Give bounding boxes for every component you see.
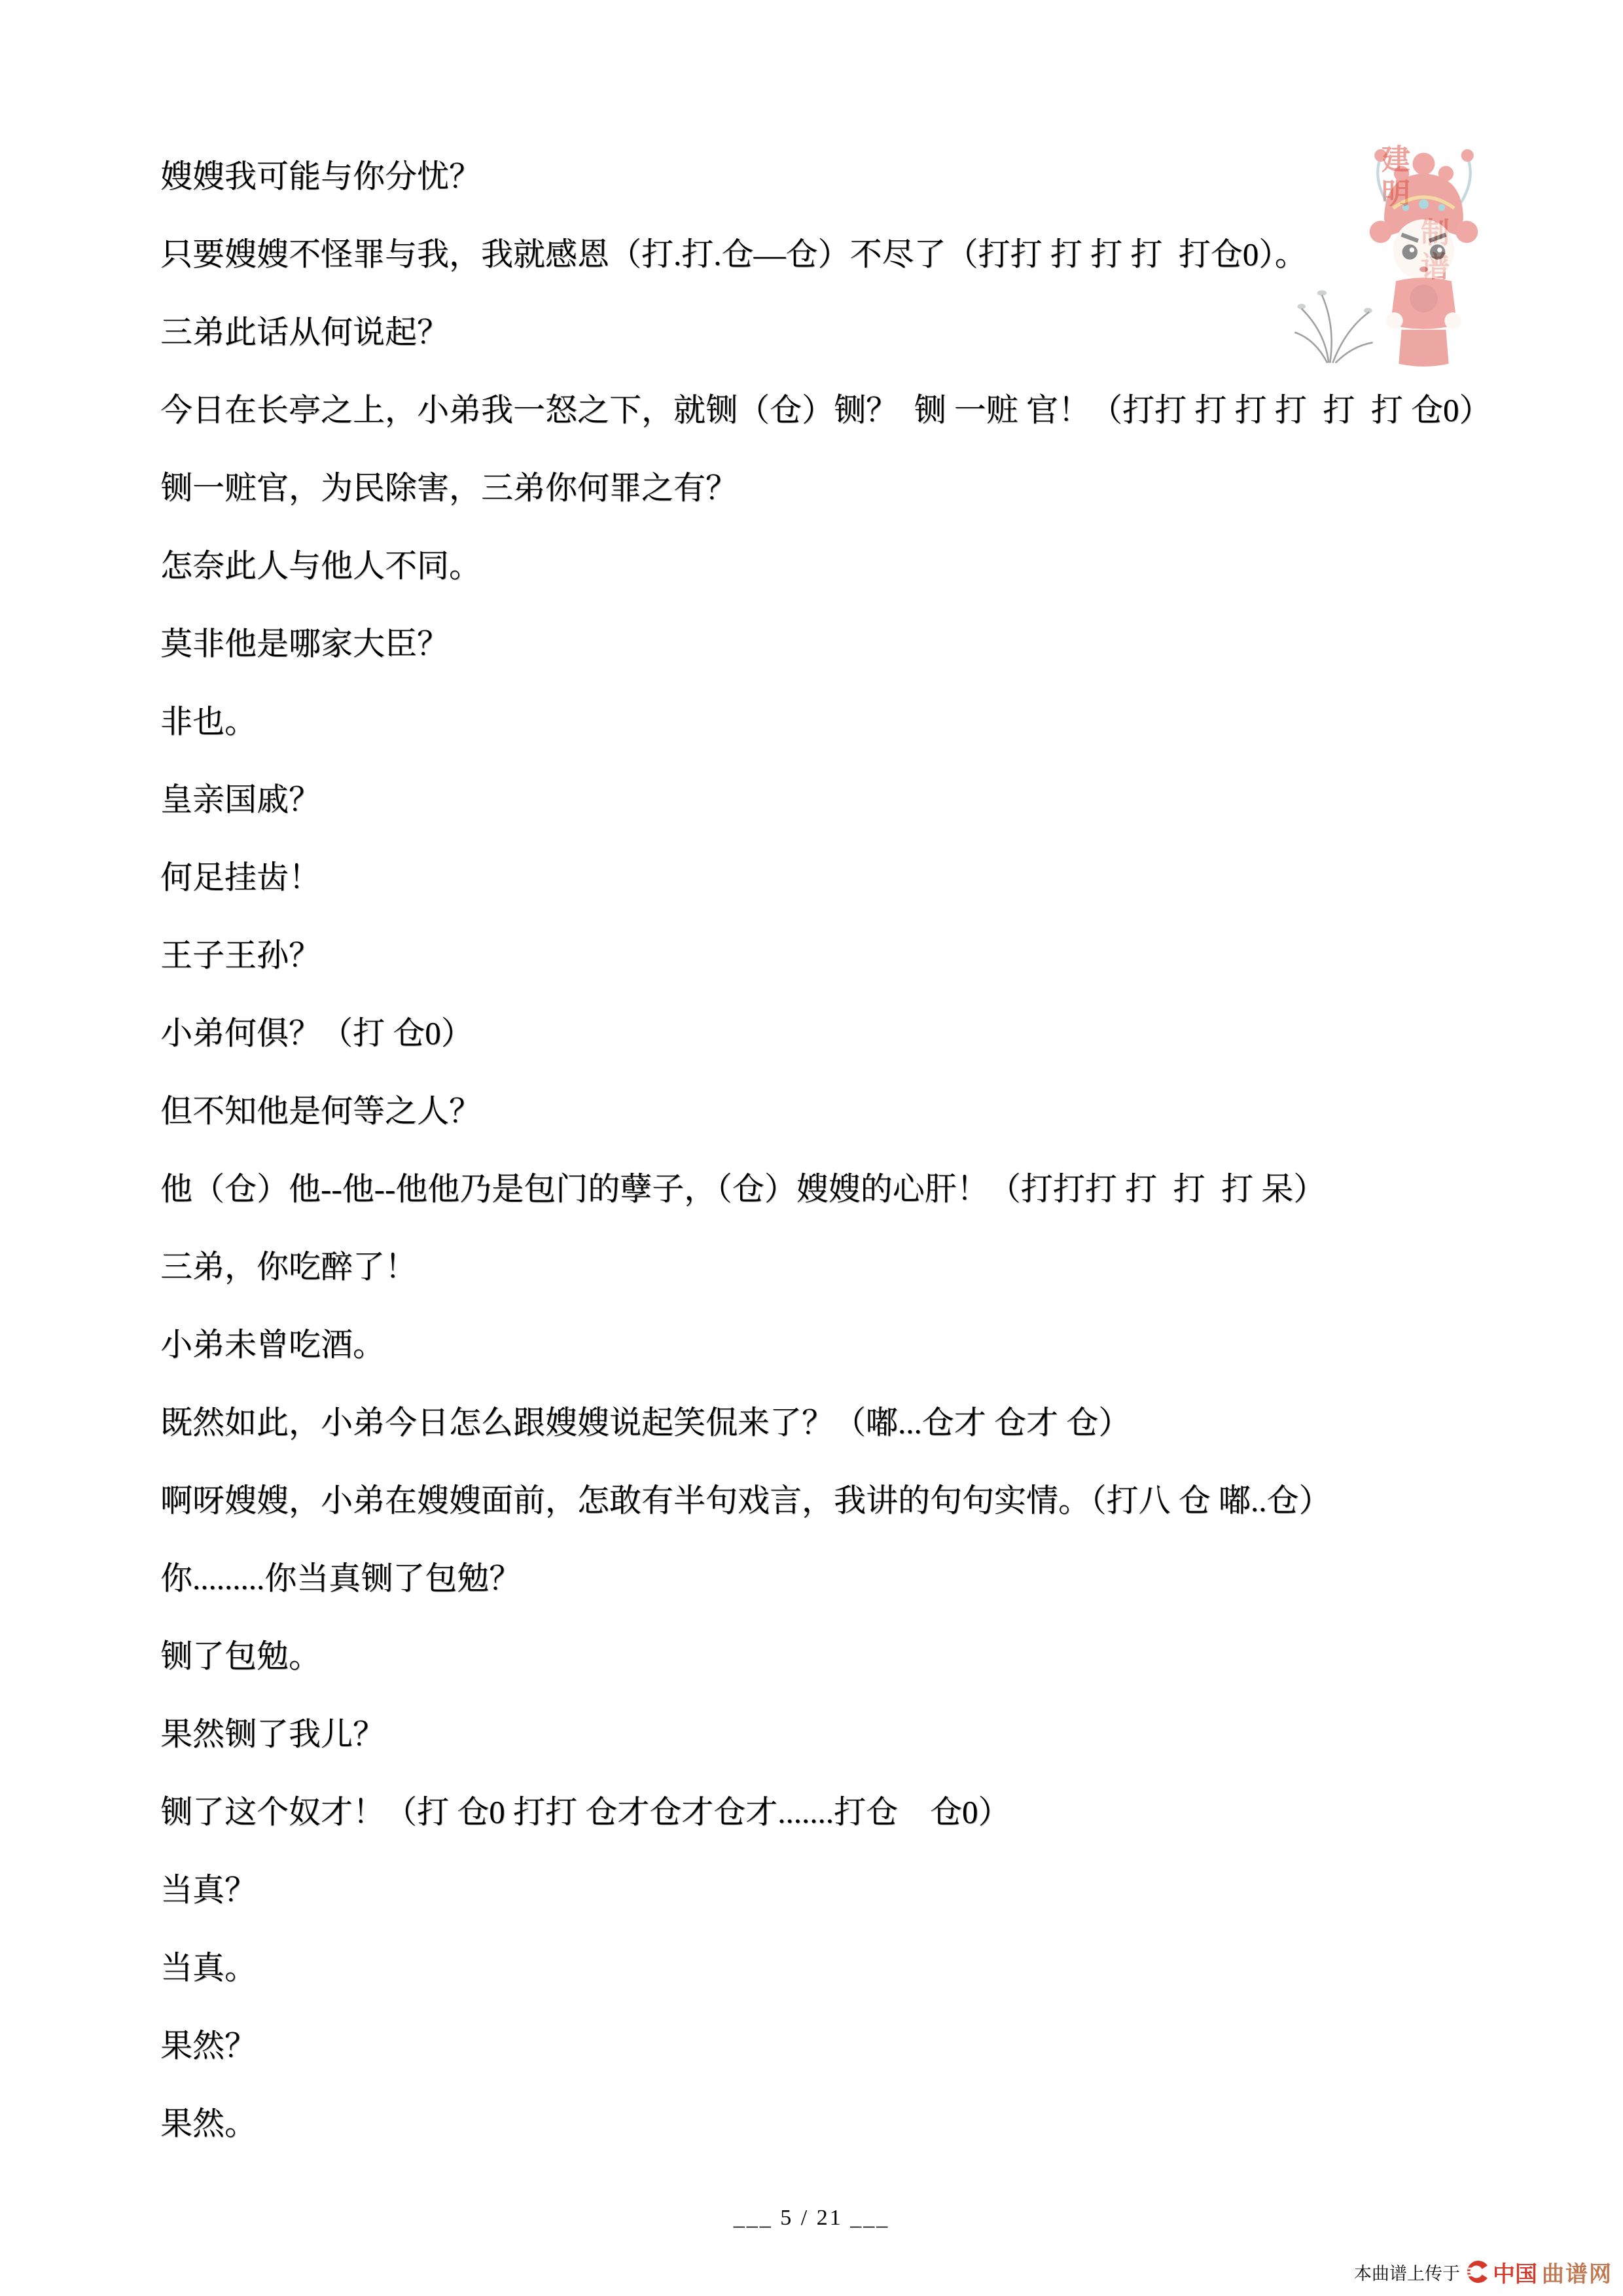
credit-prefix-text: 本曲谱上传于	[1354, 2259, 1460, 2285]
script-line: 王子王孙？	[160, 916, 1603, 994]
script-line: 只要嫂嫂不怪罪与我，我就感恩（打.打.仓—仓）不尽了（打打 打 打 打 打仓0）…	[160, 215, 1603, 293]
script-line: 何足挂齿！	[160, 838, 1603, 916]
script-line: 非也。	[160, 683, 1603, 761]
script-line: 当真？	[160, 1851, 1603, 1929]
script-line: 果然铡了我儿？	[160, 1695, 1603, 1773]
script-line: 果然。	[160, 2085, 1603, 2162]
script-line: 今日在长亭之上，小弟我一怒之下，就铡（仓）铡？ 铡 一赃 官！（打打 打 打 打…	[160, 371, 1603, 449]
script-line: 三弟，你吃醉了！	[160, 1228, 1603, 1306]
script-line: 当真。	[160, 1929, 1603, 2007]
document-page: 建明 制谱	[0, 0, 1623, 2296]
script-line: 皇亲国戚？	[160, 761, 1603, 838]
script-line: 三弟此话从何说起？	[160, 293, 1603, 371]
script-line: 铡了包勉。	[160, 1617, 1603, 1695]
script-line: 铡了这个奴才！（打 仓0 打打 仓才仓才仓才.......打仓 仓0）	[160, 1773, 1603, 1851]
script-line: 小弟未曾吃酒。	[160, 1306, 1603, 1384]
script-line: 铡一赃官，为民除害，三弟你何罪之有？	[160, 449, 1603, 527]
script-line: 他（仓）他--他--他他乃是包门的孽子，（仓）嫂嫂的心肝！（打打打 打 打 打 …	[160, 1150, 1603, 1228]
page-number: ___ 5 / 21 ___	[0, 2206, 1623, 2231]
script-line: 莫非他是哪家大臣？	[160, 605, 1603, 683]
brand-qupuwang-text: 曲谱网	[1542, 2256, 1613, 2288]
script-line: 啊呀嫂嫂，小弟在嫂嫂面前，怎敢有半句戏言，我讲的句句实情。（打八 仓 嘟..仓）	[160, 1462, 1603, 1539]
qupu-logo-icon	[1465, 2260, 1488, 2284]
brand-china-text: 中国	[1493, 2256, 1537, 2288]
script-line: 你.........你当真铡了包勉？	[160, 1539, 1603, 1617]
site-credit: 本曲谱上传于 中国 曲谱网	[1354, 2257, 1613, 2287]
script-line: 怎奈此人与他人不同。	[160, 527, 1603, 605]
script-line: 果然？	[160, 2007, 1603, 2085]
script-line: 但不知他是何等之人？	[160, 1072, 1603, 1150]
script-line: 嫂嫂我可能与你分忧？	[160, 137, 1603, 215]
script-text-block: 嫂嫂我可能与你分忧？ 只要嫂嫂不怪罪与我，我就感恩（打.打.仓—仓）不尽了（打打…	[160, 137, 1603, 2162]
script-line: 小弟何俱？（打 仓0）	[160, 994, 1603, 1072]
script-line: 既然如此，小弟今日怎么跟嫂嫂说起笑侃来了？（嘟...仓才 仓才 仓）	[160, 1384, 1603, 1462]
